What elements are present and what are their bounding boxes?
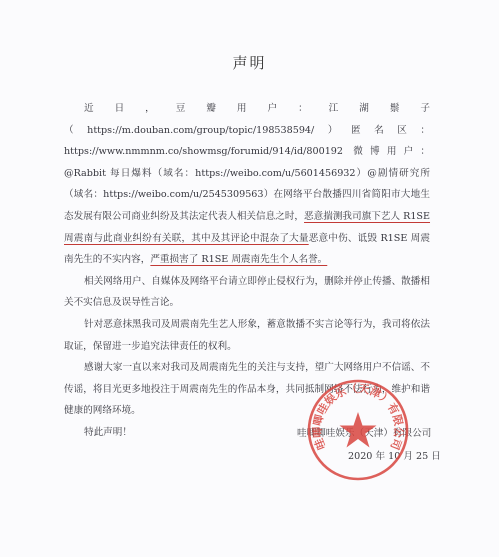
paragraph-legal-text: 针对恶意抹黑我司及周震南先生艺人形象，蓄意散播不实言论等行为，我司将依法取证，保…: [64, 319, 430, 352]
paragraph-intro-underlined-2: 严重损害了 R1SE 周震南先生个人名誉。: [150, 254, 327, 265]
paragraph-demand-text: 相关网络用户、自媒体及网络平台请立即停止侵权行为，删除并停止传播、散播相关不实信…: [64, 276, 430, 309]
document-body: 近日，豆瓣用户：江湖鬃子（https://m.douban.com/group/…: [64, 98, 430, 444]
paragraph-thanks: 感谢大家一直以来对我司及周震南先生的关注与支持，望广大网络用户不信谣、不传谣，将…: [64, 357, 430, 422]
paragraph-demand: 相关网络用户、自媒体及网络平台请立即停止侵权行为，删除并停止传播、散播相关不实信…: [64, 271, 430, 314]
document-title: 声明: [0, 52, 499, 73]
paragraph-closing-text: 特此声明！: [84, 427, 132, 438]
paragraph-intro: 近日，豆瓣用户：江湖鬃子（https://m.douban.com/group/…: [64, 98, 430, 271]
paragraph-legal: 针对恶意抹黑我司及周震南先生艺人形象，蓄意散播不实言论等行为，我司将依法取证，保…: [64, 314, 430, 357]
document-page: 声明 近日，豆瓣用户：江湖鬃子（https://m.douban.com/gro…: [0, 0, 499, 557]
paragraph-thanks-text: 感谢大家一直以来对我司及周震南先生的关注与支持，望广大网络用户不信谣、不传谣，将…: [64, 362, 430, 416]
signature-date: 2020 年 10 月 25 日: [348, 448, 441, 462]
signature-company: 哇唧唧哇娱乐（天津）有限公司: [297, 425, 431, 439]
paragraph-intro-part-1: 近日，豆瓣用户：江湖鬃子（https://m.douban.com/group/…: [64, 103, 430, 222]
